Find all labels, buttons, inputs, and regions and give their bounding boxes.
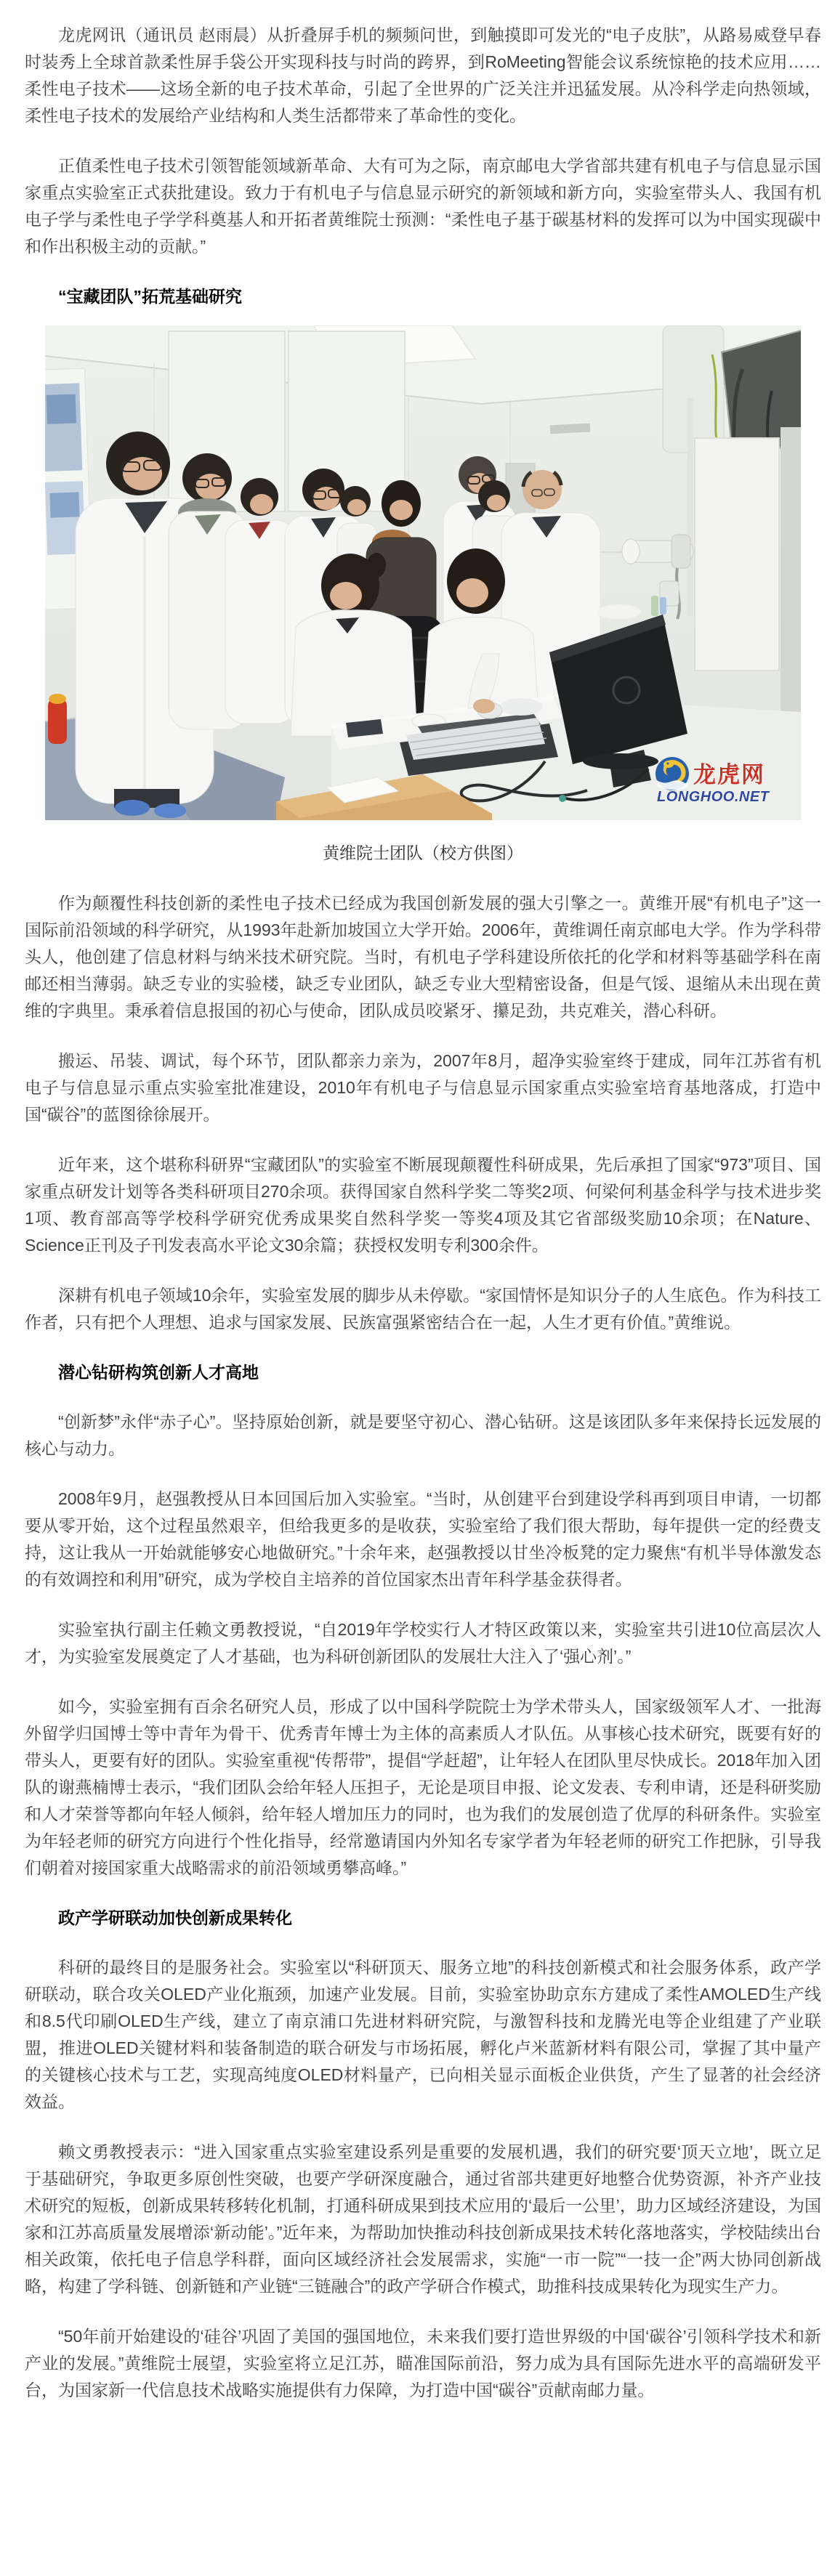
article-page: 龙虎网讯（通讯员 赵雨晨）从折叠屏手机的频频问世，到触摸即可发光的“电子皮肤”，… [0, 0, 827, 2576]
watermark-site-domain: LONGHOO.NET [657, 789, 770, 805]
fire-extinguisher [48, 694, 67, 744]
lab-photo-illustration: 龙虎网 LONGHOO.NET [45, 325, 801, 820]
photo-caption: 黄维院士团队（校方供图） [25, 840, 821, 867]
article-paragraph: “50年前开始建设的‘硅谷’巩固了美国的强国地位，未来我们要打造世界级的中国‘碳… [25, 2323, 821, 2404]
article-paragraph: 作为颠覆性科技创新的柔性电子技术已经成为我国创新发展的强大引擎之一。黄维开展“有… [25, 890, 821, 1024]
article-paragraph: 正值柔性电子技术引领智能领域新革命、大有可为之际，南京邮电大学省部共建有机电子与… [25, 153, 821, 260]
team-photo-figure: 龙虎网 LONGHOO.NET 黄维院士团队（校方供图） [25, 325, 821, 867]
section-heading: 政产学研联动加快创新成果转化 [25, 1905, 821, 1932]
article-paragraph: 2008年9月，赵强教授从日本回国后加入实验室。“当时，从创建平台到建设学科再到… [25, 1486, 821, 1593]
article-paragraph: 龙虎网讯（通讯员 赵雨晨）从折叠屏手机的频频问世，到触摸即可发光的“电子皮肤”，… [25, 22, 821, 129]
article-paragraph: 实验室执行副主任赖文勇教授说，“自2019年学校实行人才特区政策以来，实验室共引… [25, 1616, 821, 1670]
article-paragraph: 搬运、吊装、调试，每个环节，团队都亲力亲为，2007年8月，超净实验室终于建成，… [25, 1048, 821, 1128]
article-paragraph: 赖文勇教授表示：“进入国家重点实验室建设系列是重要的发展机遇，我们的研究要‘顶天… [25, 2139, 821, 2300]
article-paragraph: 如今，实验室拥有百余名研究人员，形成了以中国科学院院士为学术带头人，国家级领军人… [25, 1693, 821, 1882]
article-paragraph: 科研的最终目的是服务社会。实验室以“科研顶天、服务立地”的科技创新模式和社会服务… [25, 1954, 821, 2115]
section-heading: 潜心钻研构筑创新人才高地 [25, 1359, 821, 1386]
team-photo: 龙虎网 LONGHOO.NET [45, 325, 801, 820]
watermark-site-name: 龙虎网 [693, 762, 765, 787]
longhoo-watermark: 龙虎网 LONGHOO.NET [655, 757, 770, 805]
article-paragraph: “创新梦”永伴“赤子心”。坚持原始创新，就是要坚守初心、潜心钻研。这是该团队多年… [25, 1409, 821, 1462]
news-article: 龙虎网讯（通讯员 赵雨晨）从折叠屏手机的频频问世，到触摸即可发光的“电子皮肤”，… [25, 22, 821, 2404]
article-paragraph: 近年来，这个堪称科研界“宝藏团队”的实验室不断展现颠覆性科研成果，先后承担了国家… [25, 1151, 821, 1259]
section-heading: “宝藏团队”拓荒基础研究 [25, 283, 821, 310]
article-paragraph: 深耕有机电子领域10余年，实验室发展的脚步从未停歇。“家国情怀是知识分子的人生底… [25, 1282, 821, 1336]
